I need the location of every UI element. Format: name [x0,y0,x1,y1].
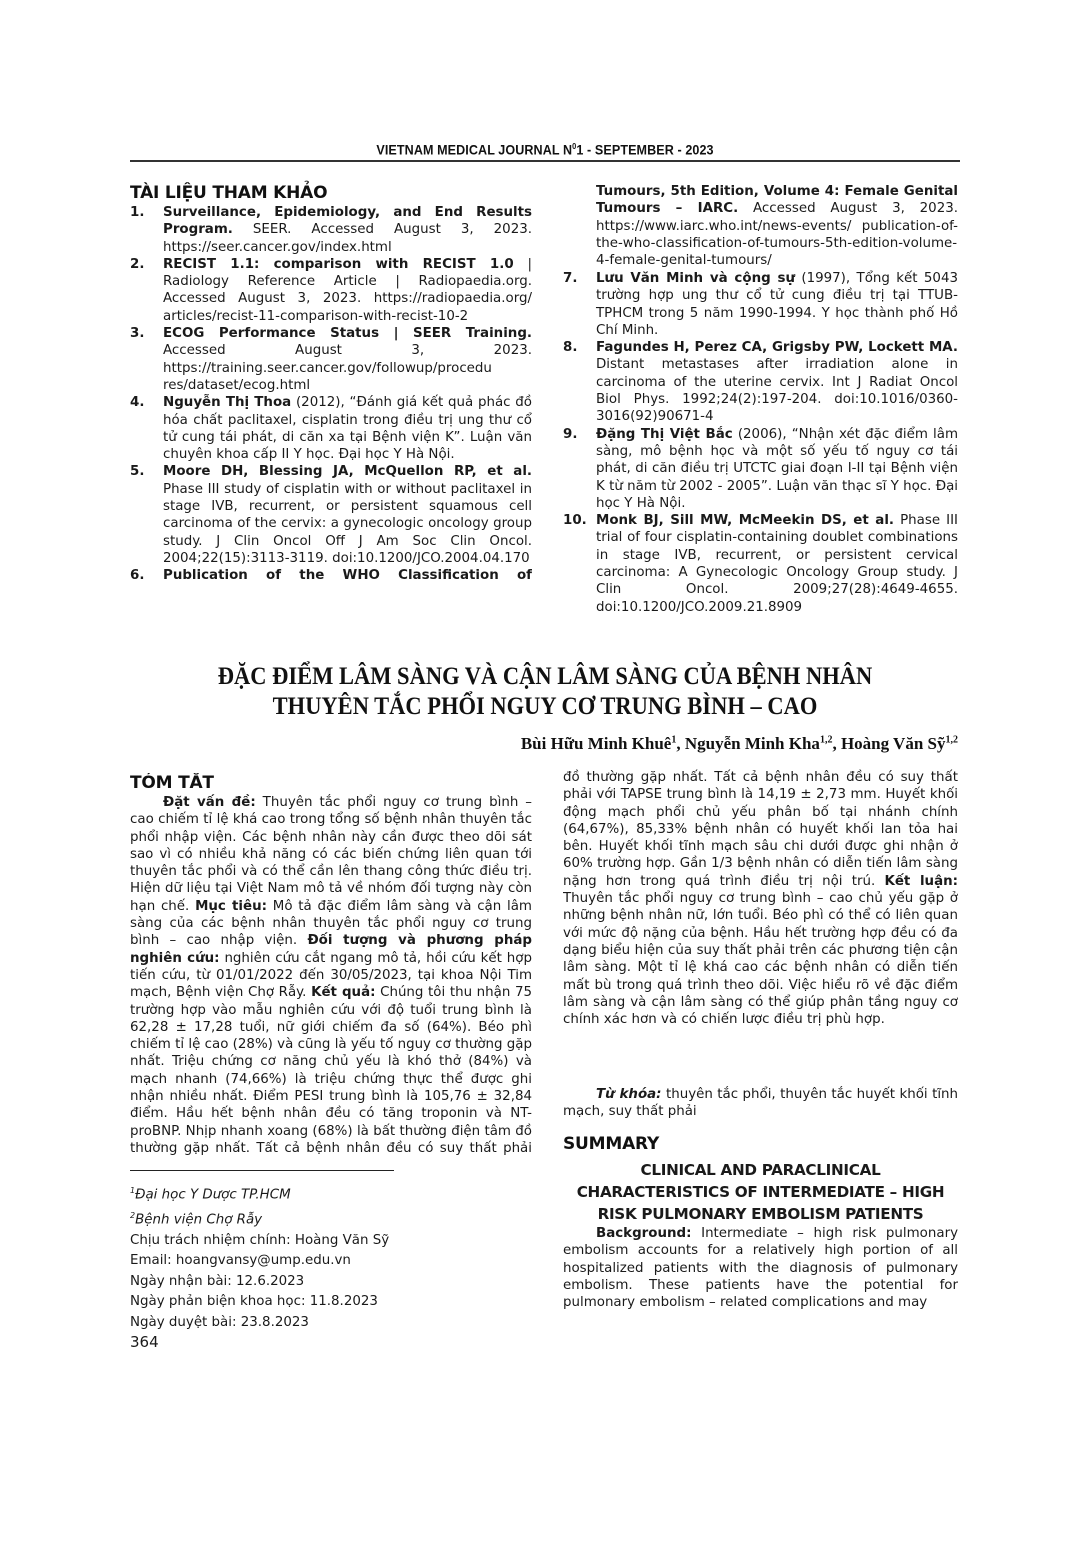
page-number: 364 [130,1333,159,1351]
affiliation-name: Đại học Y Dược TP.HCM [135,1187,291,1202]
running-header: VIETNAM MEDICAL JOURNAL N01 - SEPTEMBER … [159,142,931,158]
reference-number: 7. [563,270,577,287]
reference-body: Phase III trial of four cisplatin-contai… [596,513,958,614]
affiliation-2: 2Bệnh viện Chợ Rẫy [130,1206,532,1231]
abstract-heading: TÓM TẮT [130,773,532,794]
reference-item: 9.Đặng Thị Việt Bắc (2006), “Nhận xét đặ… [563,426,958,512]
keywords-block: Từ khóa: thuyên tắc phổi, thuyên tắc huy… [563,1086,958,1121]
references-title: TÀI LIỆU THAM KHẢO [130,183,532,204]
reference-item: 2.RECIST 1.1: comparison with RECIST 1.0… [130,256,532,325]
label-background: Đặt vấn đề: [163,795,256,810]
date-reviewed: Ngày phản biện khoa học: 11.8.2023 [130,1292,532,1313]
reference-title: Fagundes H, Perez CA, Grigsby PW, Locket… [596,340,958,355]
references-right-column: Publication of the WHO Classification of… [563,183,958,616]
author-affiliation: 1,2 [946,734,959,745]
reference-item: 7.Lưu Văn Minh và cộng sự (1997), Tổng k… [563,270,958,339]
label-objective: Mục tiêu: [195,899,267,914]
reference-list: 1.Surveillance, Epidemiology, and End Re… [130,204,532,584]
reference-number: 8. [563,339,577,356]
reference-body: Phase III study of cisplatin with or wit… [163,482,532,566]
reference-title: Publication of the WHO Classification of… [163,568,532,584]
author-list: Bùi Hữu Minh Khuê1, Nguyễn Minh Kha1,2, … [521,734,958,754]
reference-title: ECOG Performance Status | SEER Training. [163,326,532,341]
reference-body: Distant metastases after irradiation alo… [596,357,958,424]
header-divider [130,160,960,162]
label-results: Kết quả: [311,985,375,1000]
summary-title-line-2: CHARACTERISTICS OF INTERMEDIATE – HIGH [563,1181,958,1203]
reference-body: Accessed August 3, 2023. https://trainin… [163,343,532,393]
author-separator: , [832,734,841,753]
author-name: Hoàng Văn Sỹ [841,734,946,753]
reference-number: 3. [130,325,144,342]
reference-title: RECIST 1.1: comparison with RECIST 1.0 [163,257,514,272]
corresponding-author: Chịu trách nhiệm chính: Hoàng Văn Sỹ [130,1231,532,1252]
abstract-body-continued: Đặt vấn đề: Thuyên tắc phổi nguy cơ trun… [563,769,958,1028]
label-background-en: Background: [596,1226,691,1241]
reference-number: 6. [130,567,144,584]
journal-name: VIETNAM MEDICAL JOURNAL N [376,143,572,158]
article-title-line-2: THUYÊN TẮC PHỔI NGUY CƠ TRUNG BÌNH – CAO [172,692,919,722]
abstract-text: Thuyên tắc phổi nguy cơ trung bình – cao… [563,891,958,1027]
affiliation-name: Bệnh viện Chợ Rẫy [135,1212,262,1227]
issue-date: 1 - SEPTEMBER - 2023 [576,143,713,158]
footnote-divider [130,1170,394,1171]
reference-number: 2. [130,256,144,273]
article-title-line-1: ĐẶC ĐIỂM LÂM SÀNG VÀ CẬN LÂM SÀNG CỦA BỆ… [172,662,919,692]
email: Email: hoangvansy@ump.edu.vn [130,1251,532,1272]
summary-heading: SUMMARY [563,1134,958,1155]
abstract-text: Chúng tôi thu nhận 75 trường hợp vào mẫu… [563,769,958,889]
reference-title: Lưu Văn Minh và cộng sự [596,271,795,286]
date-received: Ngày nhận bài: 12.6.2023 [130,1272,532,1293]
author-separator: , [676,734,685,753]
reference-item: 10.Monk BJ, Sill MW, McMeekin DS, et al.… [563,512,958,616]
affiliation-1: 1Đại học Y Dược TP.HCM [130,1181,532,1206]
summary-title: CLINICAL AND PARACLINICAL CHARACTERISTIC… [563,1159,958,1225]
reference-item: 8.Fagundes H, Perez CA, Grigsby PW, Lock… [563,339,958,425]
abstract-text: Thuyên tắc phổi nguy cơ trung bình – cao… [130,795,532,914]
label-conclusion: Kết luận: [884,874,958,889]
abstract-text: Chúng tôi thu nhận 75 trường hợp vào mẫu… [130,985,532,1155]
author-affiliation: 1,2 [820,734,833,745]
reference-item: 1.Surveillance, Epidemiology, and End Re… [130,204,532,256]
date-accepted: Ngày duyệt bài: 23.8.2023 [130,1313,532,1334]
author-name: Nguyễn Minh Kha [685,734,820,753]
author-name: Bùi Hữu Minh Khuê [521,734,672,753]
keywords: Từ khóa: thuyên tắc phổi, thuyên tắc huy… [563,1086,958,1121]
reference-title: Moore DH, Blessing JA, McQuellon RP, et … [163,464,532,479]
summary-block: SUMMARY CLINICAL AND PARACLINICAL CHARAC… [563,1134,958,1311]
reference-title: Đặng Thị Việt Bắc [596,427,733,442]
reference-number: 9. [563,426,577,443]
summary-title-line-3: RISK PULMONARY EMBOLISM PATIENTS [563,1203,958,1225]
article-title: ĐẶC ĐIỂM LÂM SÀNG VÀ CẬN LÂM SÀNG CỦA BỆ… [172,662,919,722]
reference-number: 5. [130,463,144,480]
abstract-left-column: TÓM TẮT Đặt vấn đề: Thuyên tắc phổi nguy… [130,773,532,1155]
reference-title: Monk BJ, Sill MW, McMeekin DS, et al. [596,513,894,528]
abstract-body: Đặt vấn đề: Thuyên tắc phổi nguy cơ trun… [130,794,532,1155]
abstract-continued: Đặt vấn đề: Thuyên tắc phổi nguy cơ trun… [563,769,958,1129]
footnotes: 1Đại học Y Dược TP.HCM 2Bệnh viện Chợ Rẫ… [130,1181,532,1333]
references-left-column: TÀI LIỆU THAM KHẢO 1.Surveillance, Epide… [130,183,532,584]
reference-number: 1. [130,204,144,221]
reference-item: 3.ECOG Performance Status | SEER Trainin… [130,325,532,394]
reference-number: 4. [130,394,144,411]
reference-item: 5.Moore DH, Blessing JA, McQuellon RP, e… [130,463,532,567]
journal-page: VIETNAM MEDICAL JOURNAL N01 - SEPTEMBER … [0,0,1090,1541]
reference-number: 10. [563,512,587,529]
reference-item: 6.Publication of the WHO Classification … [130,567,532,584]
summary-title-line-1: CLINICAL AND PARACLINICAL [563,1159,958,1181]
keywords-label: Từ khóa: [596,1087,662,1102]
reference-title: Nguyễn Thị Thoa [163,395,291,410]
reference-item-continued: Publication of the WHO Classification of… [563,183,958,270]
reference-item: 4.Nguyễn Thị Thoa (2012), “Đánh giá kết … [130,394,532,463]
summary-background: Background: Intermediate – high risk pul… [563,1225,958,1311]
abstract-right-column: Đặt vấn đề: Thuyên tắc phổi nguy cơ trun… [563,769,958,1129]
